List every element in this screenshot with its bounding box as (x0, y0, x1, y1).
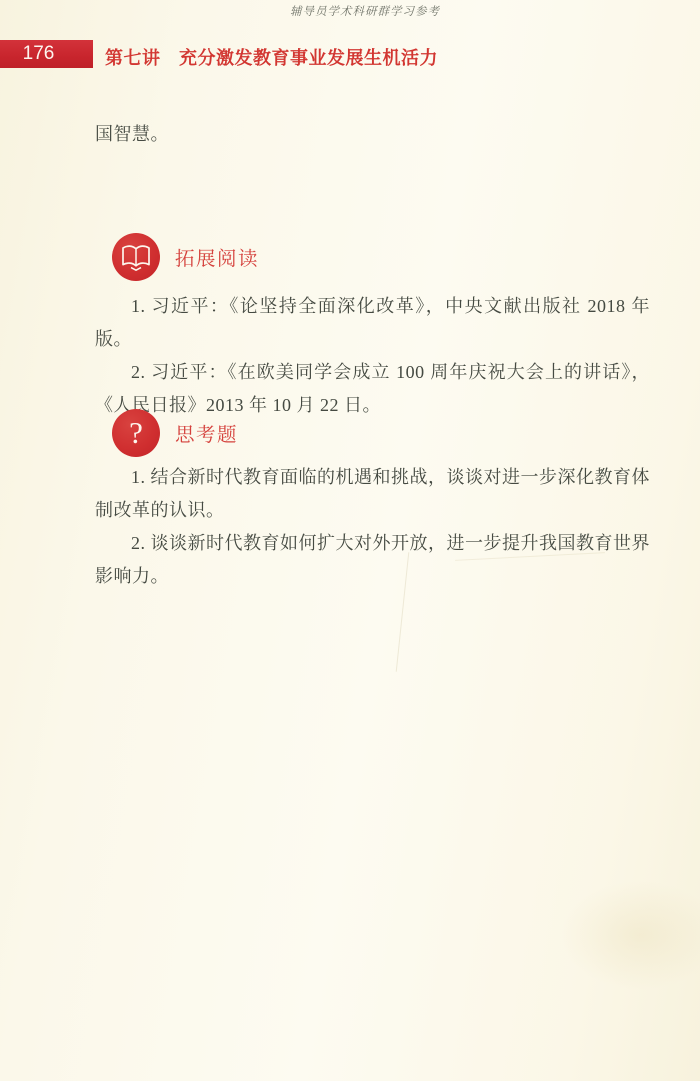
list-item: 1. 结合新时代教育面临的机遇和挑战，谈谈对进一步深化教育体制改革的认识。 (95, 461, 650, 527)
extended-reading-header: 拓展阅读 (112, 233, 700, 281)
extended-reading-list: 1. 习近平：《论坚持全面深化改革》，中央文献出版社 2018 年版。 2. 习… (0, 290, 700, 422)
section-heading-questions: 思考题 (175, 419, 238, 447)
scanned-book-page: 辅导员学术科研群学习参考 176 第七讲 充分激发教育事业发展生机活力 国智慧。… (0, 0, 700, 1081)
section-heading-extended-reading: 拓展阅读 (175, 243, 259, 271)
list-item: 1. 习近平：《论坚持全面深化改革》，中央文献出版社 2018 年版。 (95, 290, 650, 356)
questions-header: ? 思考题 (112, 409, 700, 457)
open-book-icon (112, 233, 160, 281)
running-head: 辅导员学术科研群学习参考 (0, 3, 700, 19)
paper-stain (560, 880, 700, 990)
questions-section: ? 思考题 1. 结合新时代教育面临的机遇和挑战，谈谈对进一步深化教育体制改革的… (0, 409, 700, 593)
extended-reading-section: 拓展阅读 1. 习近平：《论坚持全面深化改革》，中央文献出版社 2018 年版。… (0, 233, 700, 422)
question-mark-icon: ? (112, 409, 160, 457)
question-mark-glyph: ? (129, 417, 143, 448)
chapter-title: 第七讲 充分激发教育事业发展生机活力 (105, 44, 438, 70)
page-number-badge: 176 (0, 40, 93, 68)
list-item: 2. 谈谈新时代教育如何扩大对外开放，进一步提升我国教育世界影响力。 (95, 527, 650, 593)
questions-list: 1. 结合新时代教育面临的机遇和挑战，谈谈对进一步深化教育体制改革的认识。 2.… (0, 461, 700, 593)
body-paragraph: 国智慧。 (95, 118, 169, 151)
